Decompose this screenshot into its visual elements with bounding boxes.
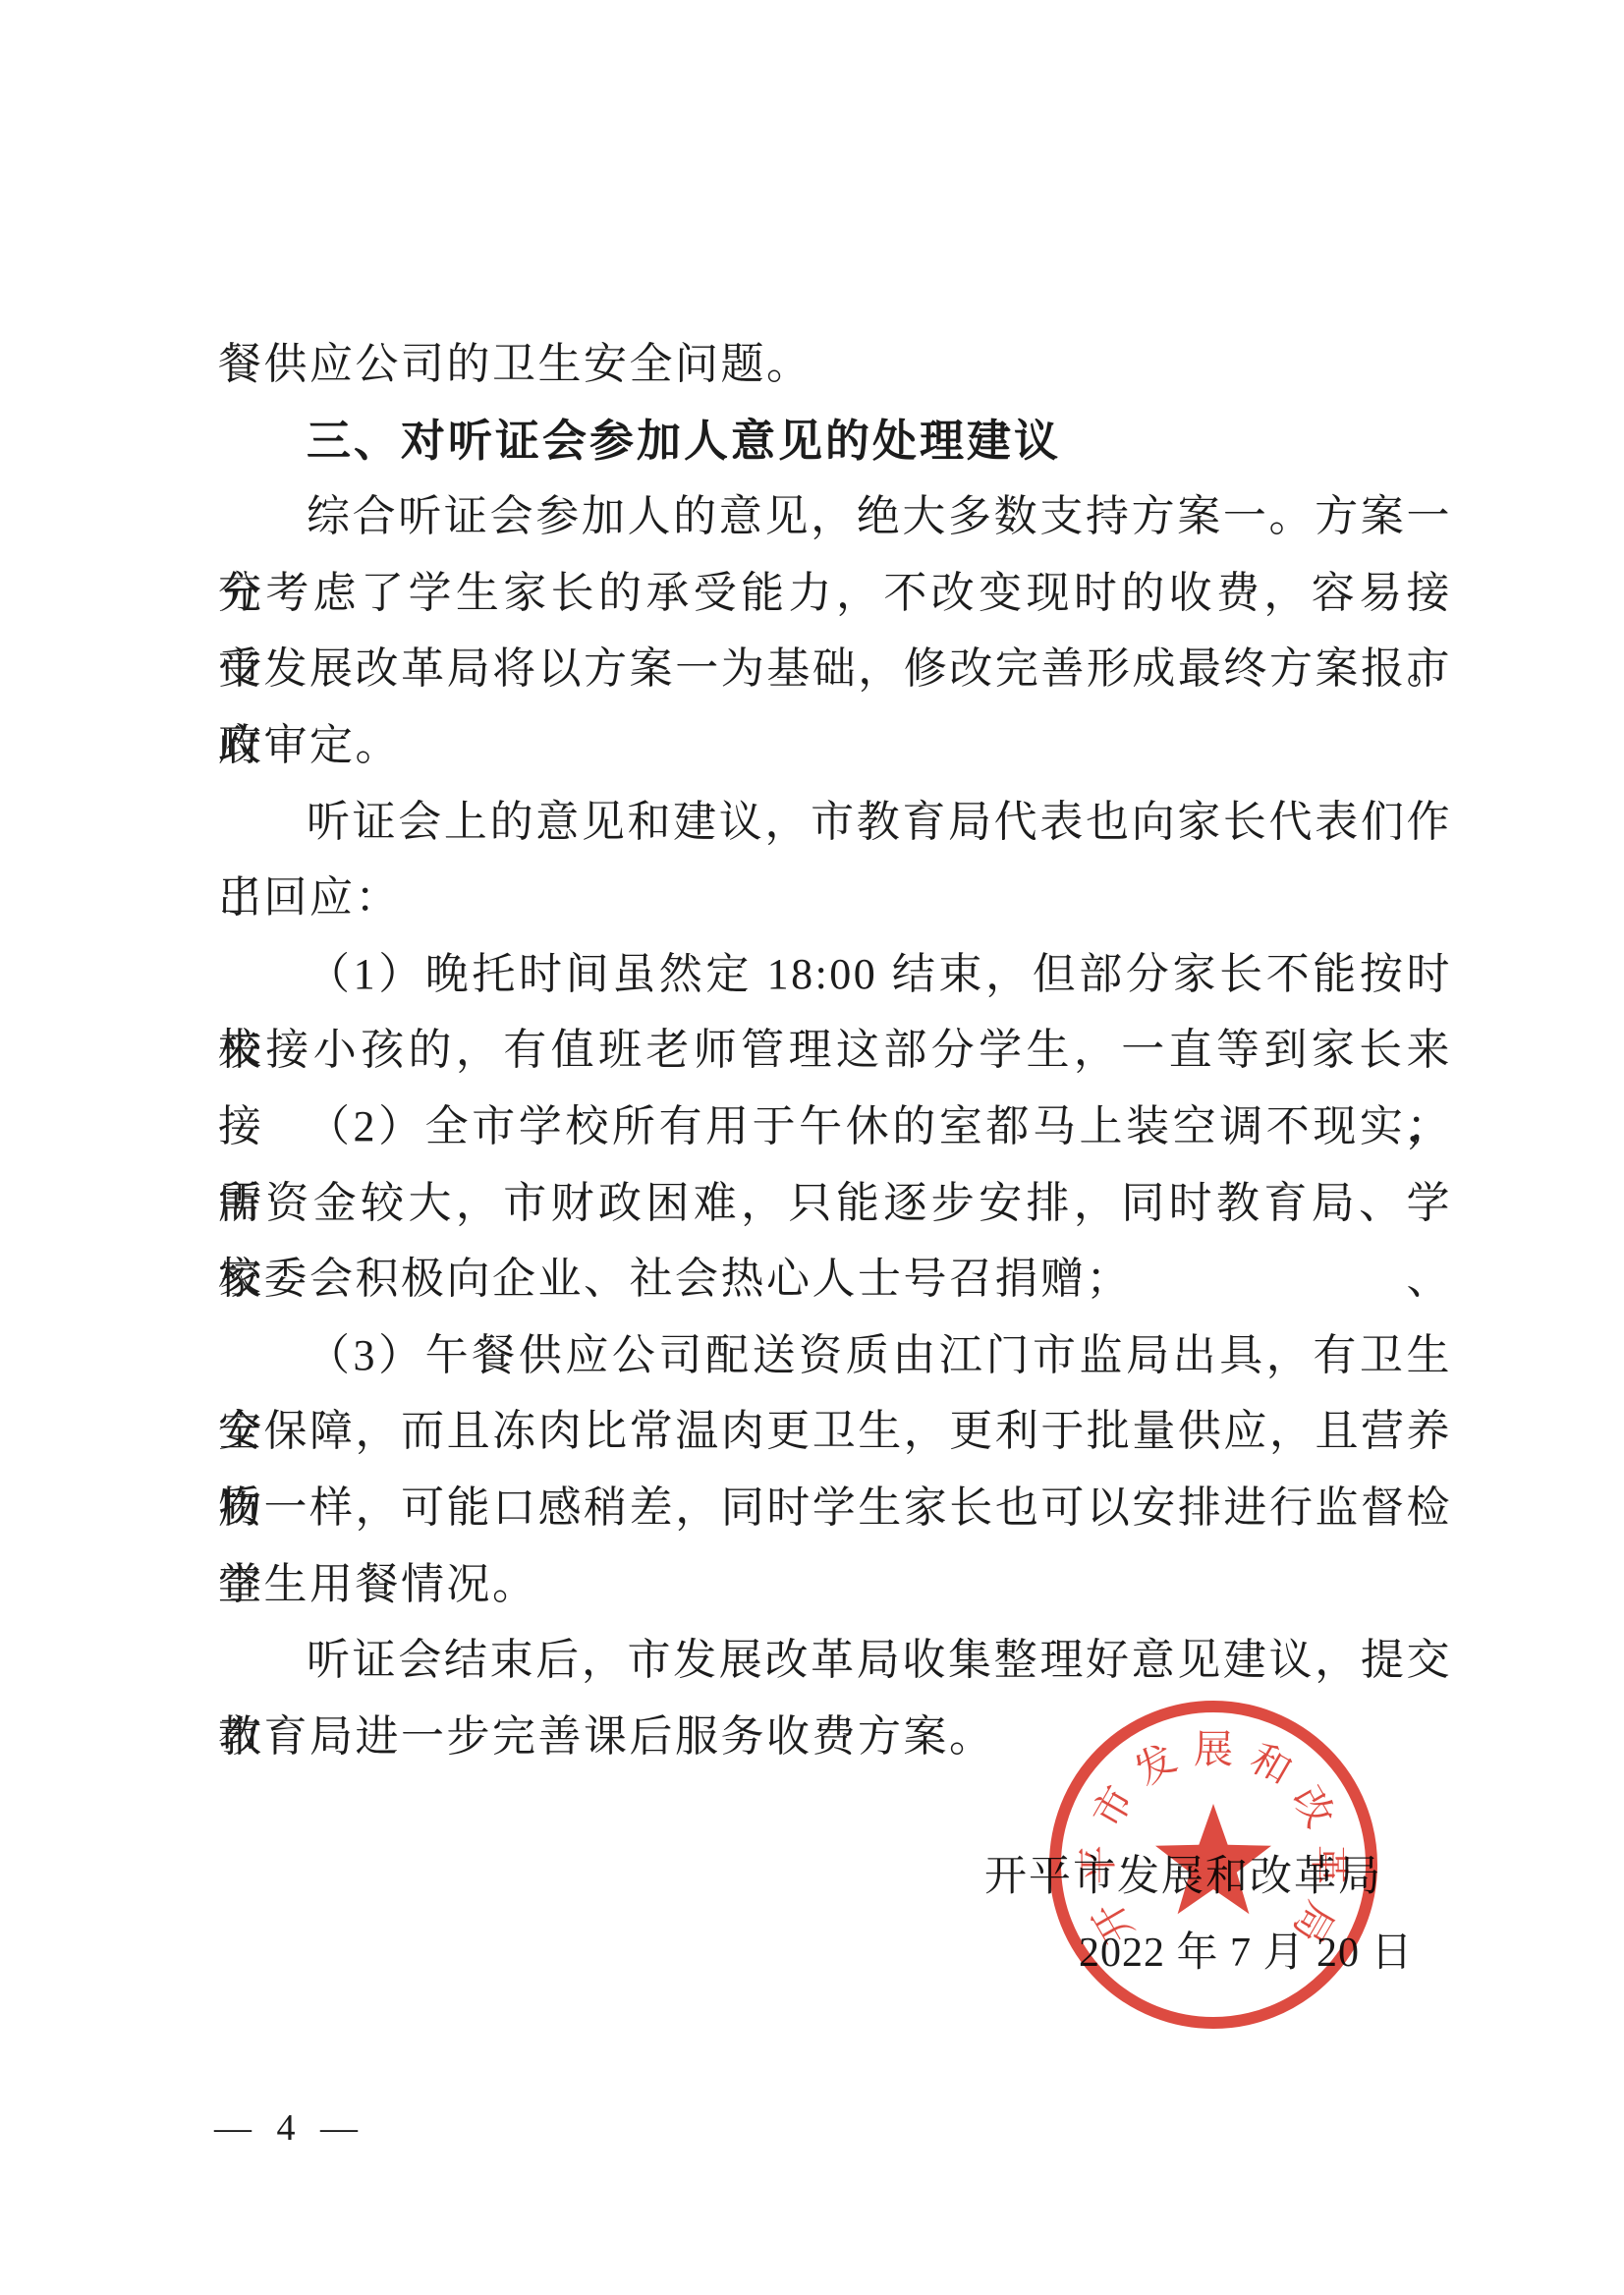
text-line: 听证会上的意见和建议，市教育局代表也向家长代表们作出 [218,784,1452,861]
text-line: 需资金较大，市财政困难，只能逐步安排，同时教育局、学校、 [218,1165,1452,1242]
seal-character: 革 [1307,1845,1351,1884]
text-line: 餐供应公司的卫生安全问题。 [218,326,1452,403]
red-star-icon [1155,1804,1271,1914]
seal-character: 市 [1085,1779,1143,1835]
text-line: 全保障，而且冻肉比常温肉更卫生，更利于批量供应，且营养物 [218,1393,1452,1470]
seal-character: 平 [1076,1845,1120,1884]
text-line: 市发展改革局将以方案一为基础，修改完善形成最终方案报市政 [218,631,1452,707]
text-line: 府审定。 [218,707,1452,784]
text-line: 学生用餐情况。 [218,1546,1452,1623]
text-line: （1）晚托时间虽然定 18:00 结束，但部分家长不能按时来 [218,936,1452,1013]
text-line: （3）午餐供应公司配送资质由江门市监局出具，有卫生安 [218,1317,1452,1394]
seal-character: 展 [1194,1727,1233,1771]
seal-character: 局 [1284,1894,1342,1950]
seal-character: 发 [1128,1736,1184,1794]
official-seal: 开平市发展和改革局 [1017,1668,1410,2061]
document-body: 餐供应公司的卫生安全问题。三、对听证会参加人意见的处理建议综合听证会参加人的意见… [218,326,1452,1774]
text-line: （2）全市学校所有用于午休的室都马上装空调不现实，所 [218,1089,1452,1165]
section-heading: 三、对听证会参加人意见的处理建议 [218,403,1452,479]
text-line: 了回应： [218,860,1452,936]
seal-character: 和 [1243,1736,1299,1794]
seal-character: 改 [1284,1779,1342,1835]
text-line: 综合听证会参加人的意见，绝大多数支持方案一。方案一充 [218,478,1452,555]
text-line: 分考虑了学生家长的承受能力，不改变现时的收费，容易接受。 [218,555,1452,632]
seal-character: 开 [1085,1894,1143,1950]
document-page: 餐供应公司的卫生安全问题。三、对听证会参加人意见的处理建议综合听证会参加人的意见… [0,0,1624,2295]
text-line: 校接小孩的，有值班老师管理这部分学生，一直等到家长来接； [218,1012,1452,1089]
page-number: — 4 — [214,2108,365,2150]
text-line: 质一样，可能口感稍差，同时学生家长也可以安排进行监督检查 [218,1470,1452,1546]
